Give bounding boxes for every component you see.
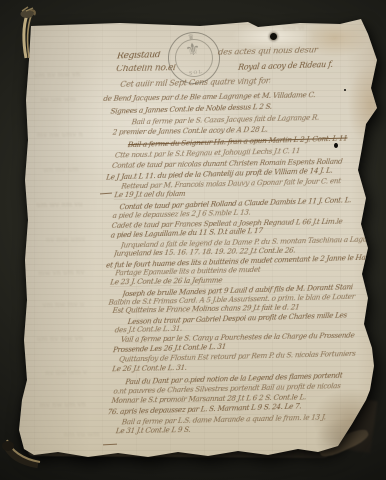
manuscript-line: Cet auiir mil Sept Cens quatre vingt for…: [120, 76, 271, 89]
manuscript-photo: ♛ ⚜ SOL um nv mw vnnv um wmmv nw umv nwn…: [0, 0, 386, 480]
manuscript-line: Le 23 J. Cont.le de 26 la Jefumme: [110, 275, 241, 286]
manuscript-line: Le 19 J.t ael du folam: [114, 189, 197, 200]
binding-thread-top-left: [14, 6, 40, 70]
wormhole: [334, 143, 338, 148]
ink-speck: [344, 89, 346, 91]
manuscript-line: Royal a acoy de Rideau f.: [238, 59, 357, 72]
manuscript-line: Le 26 J.t Cont.le L. 31.: [112, 363, 197, 374]
handwriting-layer: Registauddes actes qui nous desurChateli…: [0, 0, 386, 480]
manuscript-line: Chatelin no.el: [116, 64, 191, 74]
binding-thread-bottom-left: [0, 434, 46, 478]
manuscript-line: 2 premier de Jannes Cont.le acoy de A D …: [112, 125, 277, 137]
manuscript-line: de Bend Jacques par d.te Ble ame Lagrang…: [103, 89, 358, 103]
manuscript-line: Le 31 J.t Cont.le L 9 S.: [115, 425, 208, 436]
wormhole: [270, 33, 277, 40]
paper-shadow-wrap: ♛ ⚜ SOL um nv mw vnnv um wmmv nw umv nwn…: [0, 0, 386, 480]
manuscript-line: Registaud: [116, 51, 169, 62]
manuscript-paper: ♛ ⚜ SOL um nv mw vnnv um wmmv nw umv nwn…: [0, 0, 386, 480]
manuscript-line: des actes qui nous desur: [217, 46, 350, 58]
